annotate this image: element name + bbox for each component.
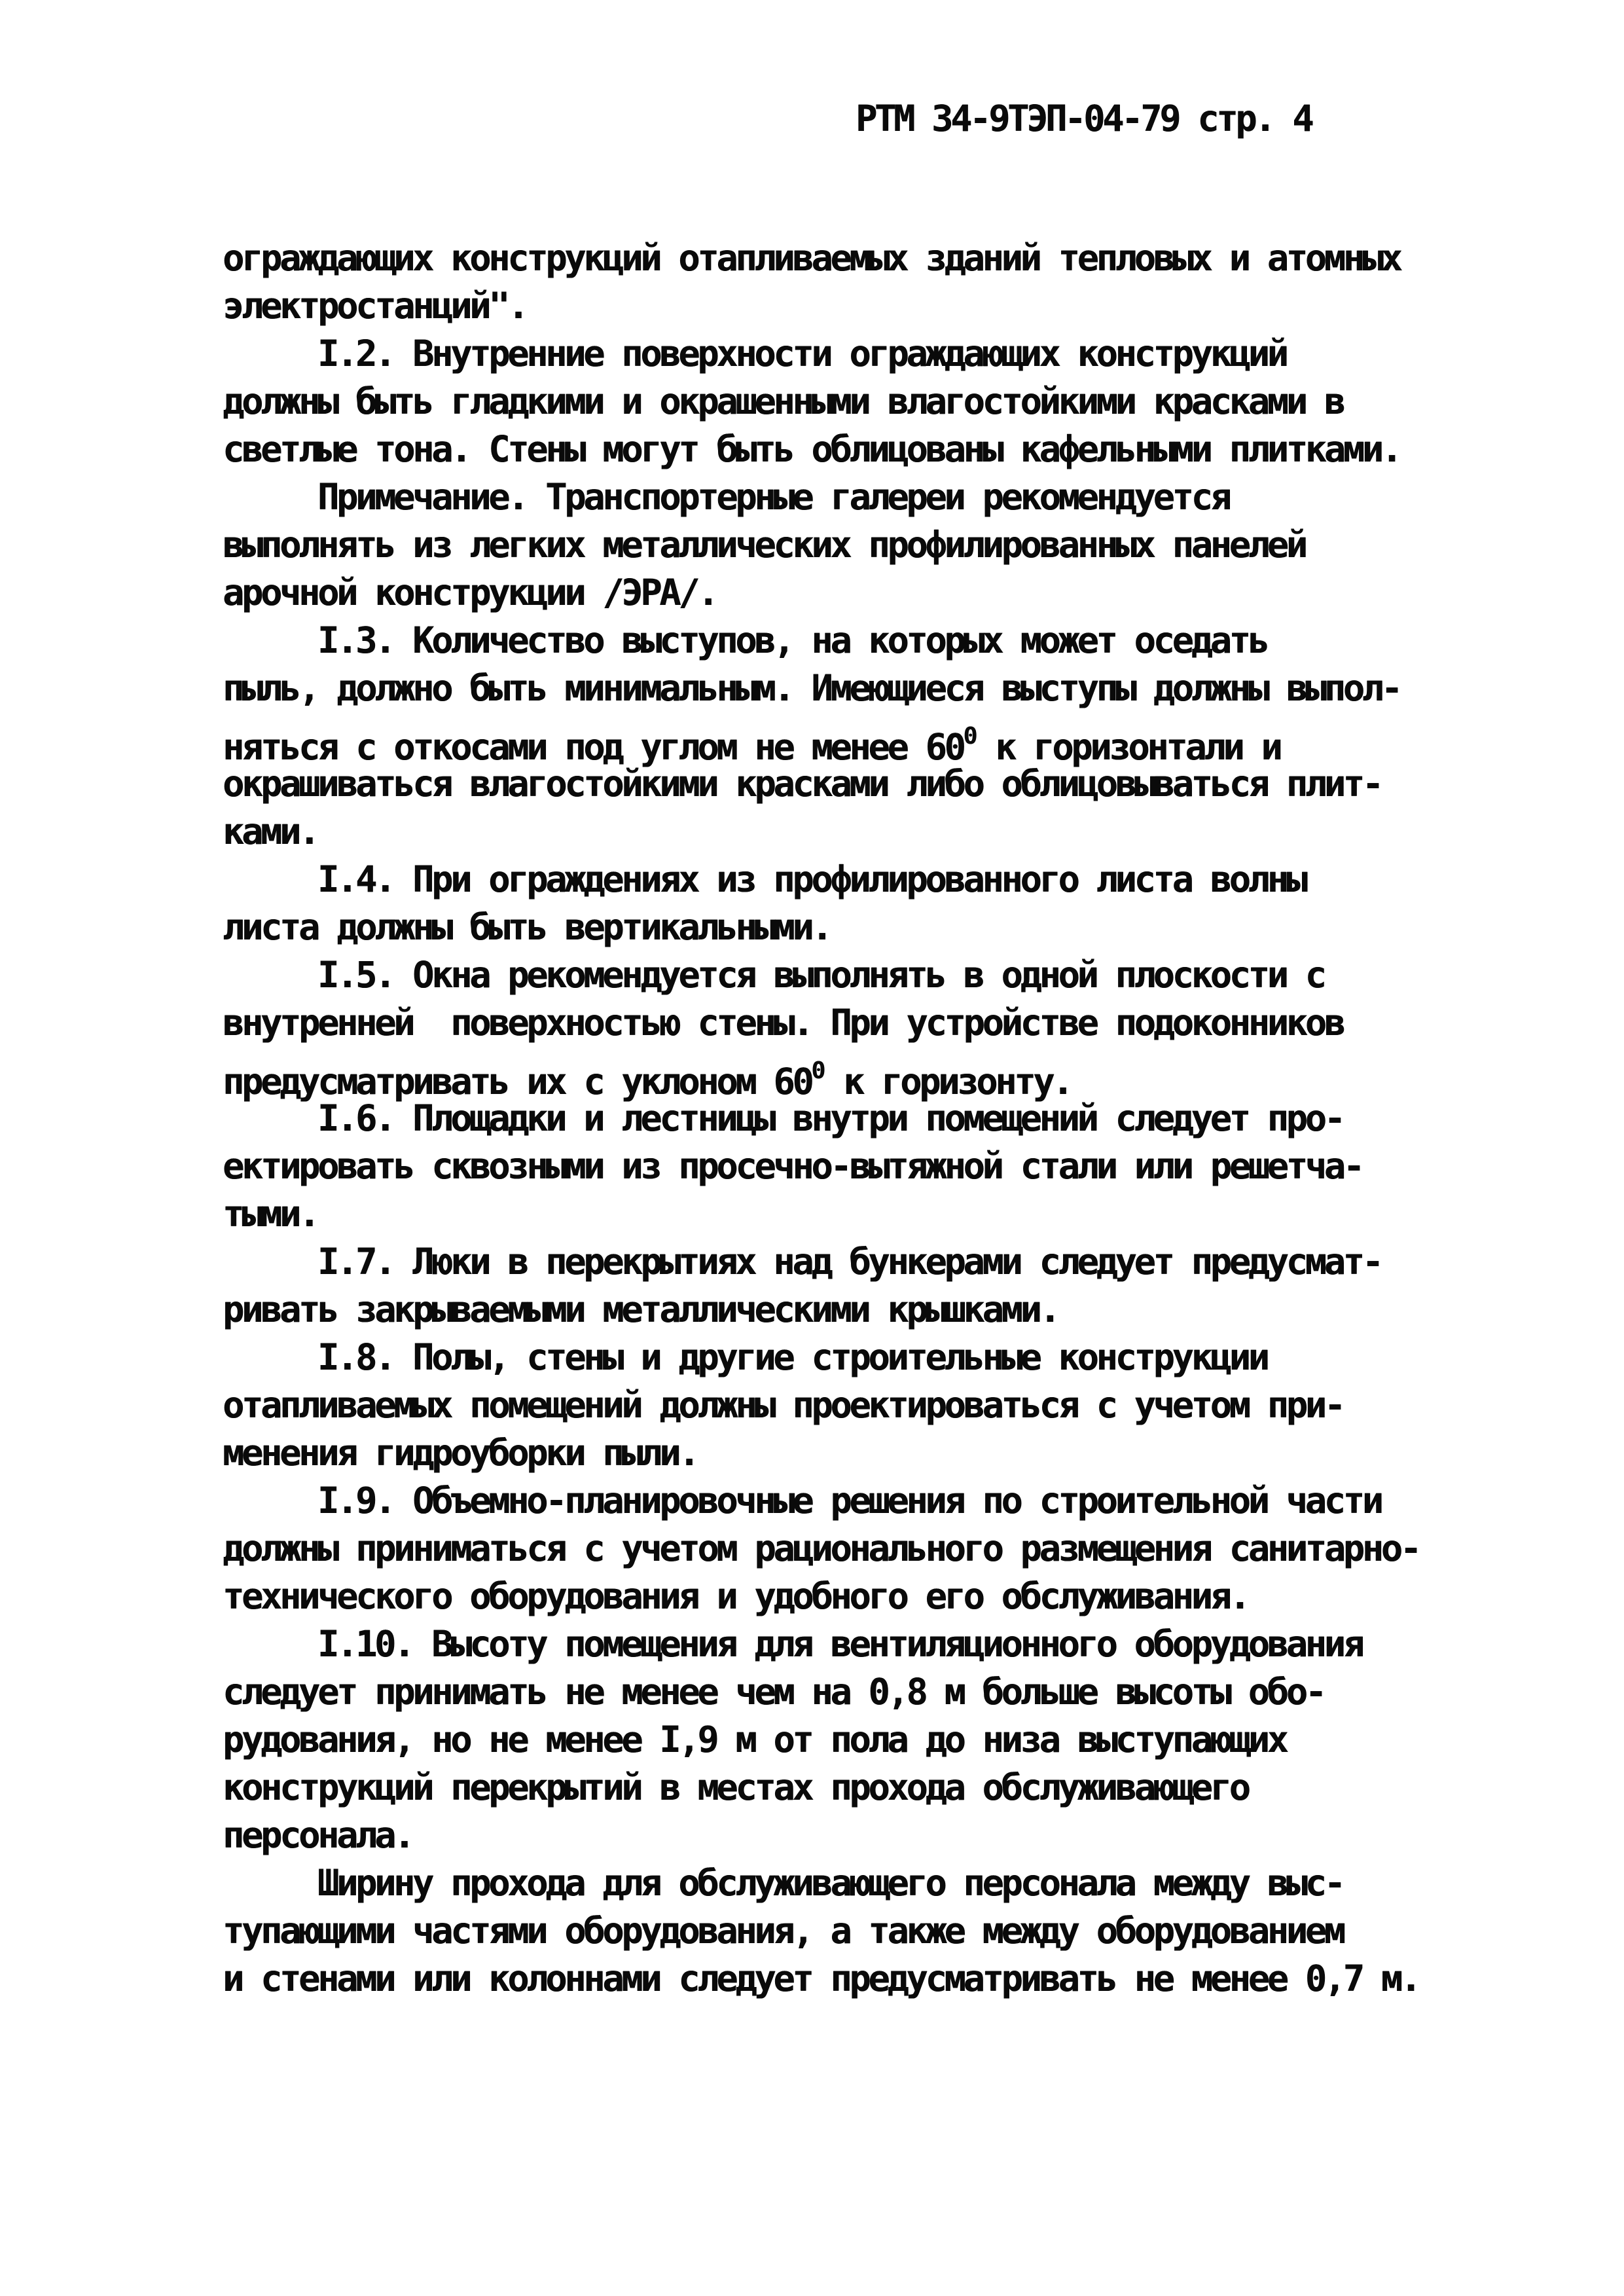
text-line: персонала.: [223, 1812, 1466, 1859]
text-line: конструкций перекрытий в местах прохода …: [223, 1764, 1466, 1812]
text-line: должны быть гладкими и окрашенными влаго…: [223, 378, 1466, 426]
superscript-degree: 0: [964, 712, 977, 760]
text-line: тыми.: [223, 1190, 1466, 1238]
text-line: светлые тона. Стены могут быть облицован…: [223, 426, 1466, 473]
text-line: ривать закрываемыми металлическими крышк…: [223, 1286, 1466, 1334]
text-line: окрашиваться влагостойкими красками либо…: [223, 760, 1466, 808]
text-line: арочной конструкции /ЭРА/.: [223, 569, 1466, 617]
text-line: I.3. Количество выступов, на которых мож…: [223, 617, 1466, 665]
text-line: Ширину прохода для обслуживающего персон…: [223, 1859, 1466, 1907]
text-line: I.8. Полы, стены и другие строительные к…: [223, 1334, 1466, 1381]
text-line: следует принимать не менее чем на 0,8 м …: [223, 1668, 1466, 1716]
text-line: Примечание. Транспортерные галереи реком…: [223, 473, 1466, 521]
text-line: электростанций".: [223, 282, 1466, 330]
text-line: тупающими частями оборудования, а также …: [223, 1907, 1466, 1955]
text-line: I.2. Внутренние поверхности ограждающих …: [223, 330, 1466, 378]
text-line: I.7. Люки в перекрытиях над бункерами сл…: [223, 1238, 1466, 1286]
text-line: отапливаемых помещений должны проектиров…: [223, 1381, 1466, 1429]
superscript-degree: 0: [811, 1047, 824, 1095]
page-header: РТМ 34-9ТЭП-04-79 стр. 4: [856, 98, 1311, 139]
text-line: I.6. Площадки и лестницы внутри помещени…: [223, 1095, 1466, 1142]
text-line: I.10. Высоту помещения для вентиляционно…: [223, 1620, 1466, 1668]
text-line: ектировать сквозными из просечно-вытяжно…: [223, 1142, 1466, 1190]
text-line: листа должны быть вертикальными.: [223, 903, 1466, 951]
text-line: I.4. При ограждениях из профилированного…: [223, 856, 1466, 903]
text-line: рудования, но не менее I,9 м от пола до …: [223, 1716, 1466, 1764]
document-body: ограждающих конструкций отапливаемых зда…: [223, 234, 1466, 2003]
text-line: менения гидроуборки пыли.: [223, 1429, 1466, 1477]
text-line: предусматривать их с уклоном 600 к гориз…: [223, 1047, 1466, 1095]
text-line: должны приниматься с учетом рациональног…: [223, 1525, 1466, 1573]
text-line: I.5. Окна рекомендуется выполнять в одно…: [223, 951, 1466, 999]
scanned-document-page: РТМ 34-9ТЭП-04-79 стр. 4 ограждающих кон…: [0, 0, 1624, 2296]
text-line: внутренней поверхностью стены. При устро…: [223, 999, 1466, 1047]
text-line: и стенами или колоннами следует предусма…: [223, 1955, 1466, 2003]
text-line: няться с откосами под углом не менее 600…: [223, 712, 1466, 760]
text-line: ограждающих конструкций отапливаемых зда…: [223, 234, 1466, 282]
text-line: пыль, должно быть минимальным. Имеющиеся…: [223, 665, 1466, 712]
text-line: I.9. Объемно-планировочные решения по ст…: [223, 1477, 1466, 1525]
text-line: ками.: [223, 808, 1466, 856]
text-line: выполнять из легких металлических профил…: [223, 521, 1466, 569]
text-line: технического оборудования и удобного его…: [223, 1573, 1466, 1620]
